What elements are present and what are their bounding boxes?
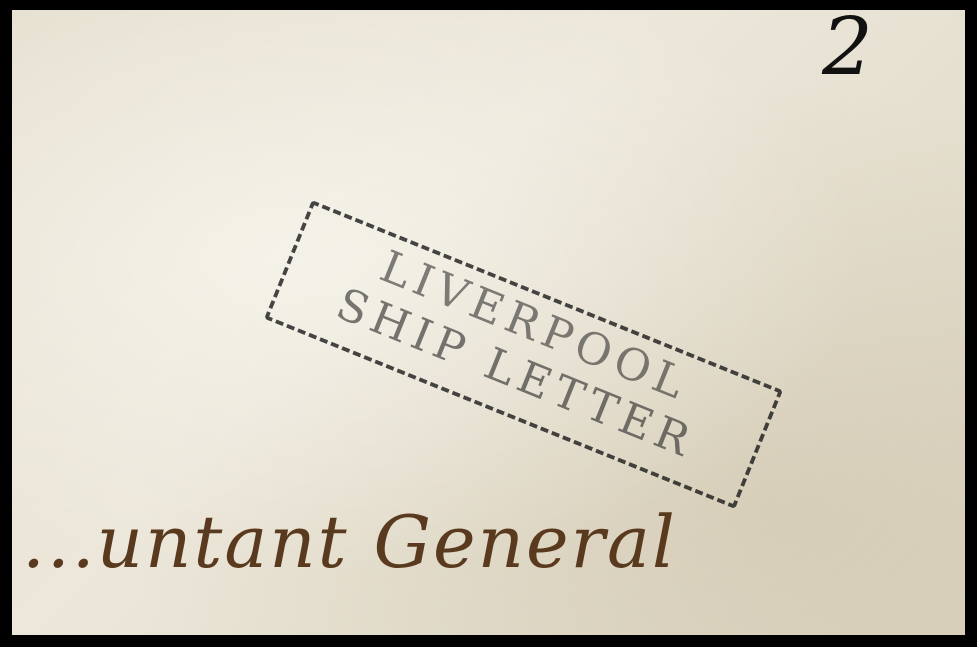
- ship-letter-handstamp: LIVERPOOL SHIP LETTER: [264, 200, 783, 509]
- paper-cover: 2 LIVERPOOL SHIP LETTER ...untant Genera…: [12, 10, 965, 635]
- manuscript-address: ...untant General: [22, 500, 677, 584]
- photo-frame: 2 LIVERPOOL SHIP LETTER ...untant Genera…: [0, 0, 977, 647]
- manuscript-numeral: 2: [822, 0, 873, 93]
